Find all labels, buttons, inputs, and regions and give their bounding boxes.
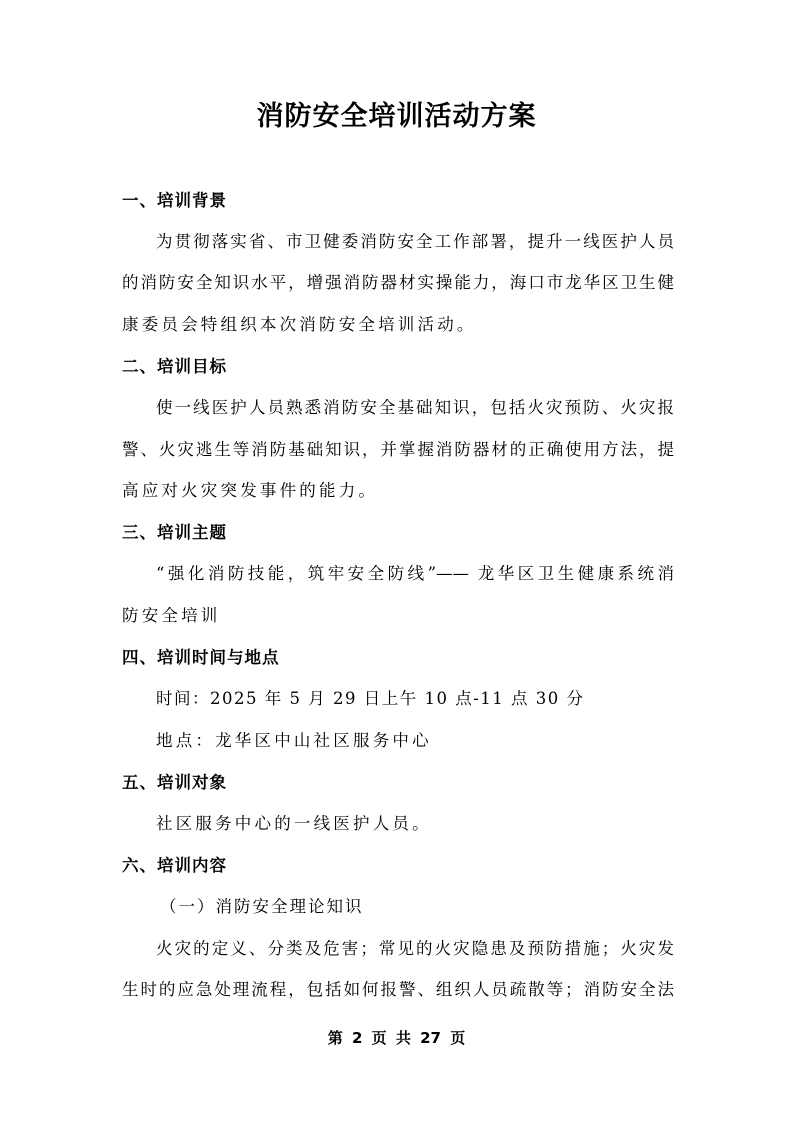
document-page: 消防安全培训活动方案 一、培训背景 为贯彻落实省、市卫健委消防安全工作部署，提升… xyxy=(0,0,793,1122)
section-heading-objectives: 二、培训目标 xyxy=(122,355,227,379)
paragraph-line: 警、火灾逃生等消防基础知识，并掌握消防器材的正确使用方法，提 xyxy=(122,438,674,462)
section-heading-time-location: 四、培训时间与地点 xyxy=(122,646,280,670)
section-heading-audience: 五、培训对象 xyxy=(122,771,227,795)
paragraph-line: 防安全培训 xyxy=(122,604,674,628)
paragraph-line: 火灾的定义、分类及危害；常见的火灾隐患及预防措施；火灾发 xyxy=(156,937,674,961)
paragraph-line: 生时的应急处理流程，包括如何报警、组织人员疏散等；消防安全法 xyxy=(122,978,674,1002)
page-number-footer: 第 2 页 共 27 页 xyxy=(0,1027,793,1049)
subsection-heading: （一）消防安全理论知识 xyxy=(160,895,712,919)
paragraph-line: 的消防安全知识水平，增强消防器材实操能力，海口市龙华区卫生健 xyxy=(122,271,674,295)
paragraph-line: 高应对火灾突发事件的能力。 xyxy=(122,479,674,503)
paragraph-line: “强化消防技能，筑牢安全防线”—— 龙华区卫生健康系统消 xyxy=(156,562,674,586)
paragraph-line: 为贯彻落实省、市卫健委消防安全工作部署，提升一线医护人员 xyxy=(156,230,674,254)
section-heading-background: 一、培训背景 xyxy=(122,189,227,213)
location-line: 地点：龙华区中山社区服务中心 xyxy=(156,729,674,753)
paragraph-line: 康委员会特组织本次消防安全培训活动。 xyxy=(122,313,674,337)
time-line: 时间：2025 年 5 月 29 日上午 10 点-11 点 30 分 xyxy=(156,687,674,711)
paragraph-line: 使一线医护人员熟悉消防安全基础知识，包括火灾预防、火灾报 xyxy=(156,396,674,420)
paragraph-line: 社区服务中心的一线医护人员。 xyxy=(156,812,674,836)
section-heading-content: 六、培训内容 xyxy=(122,854,227,878)
document-title: 消防安全培训活动方案 xyxy=(0,97,793,137)
section-heading-theme: 三、培训主题 xyxy=(122,521,227,545)
